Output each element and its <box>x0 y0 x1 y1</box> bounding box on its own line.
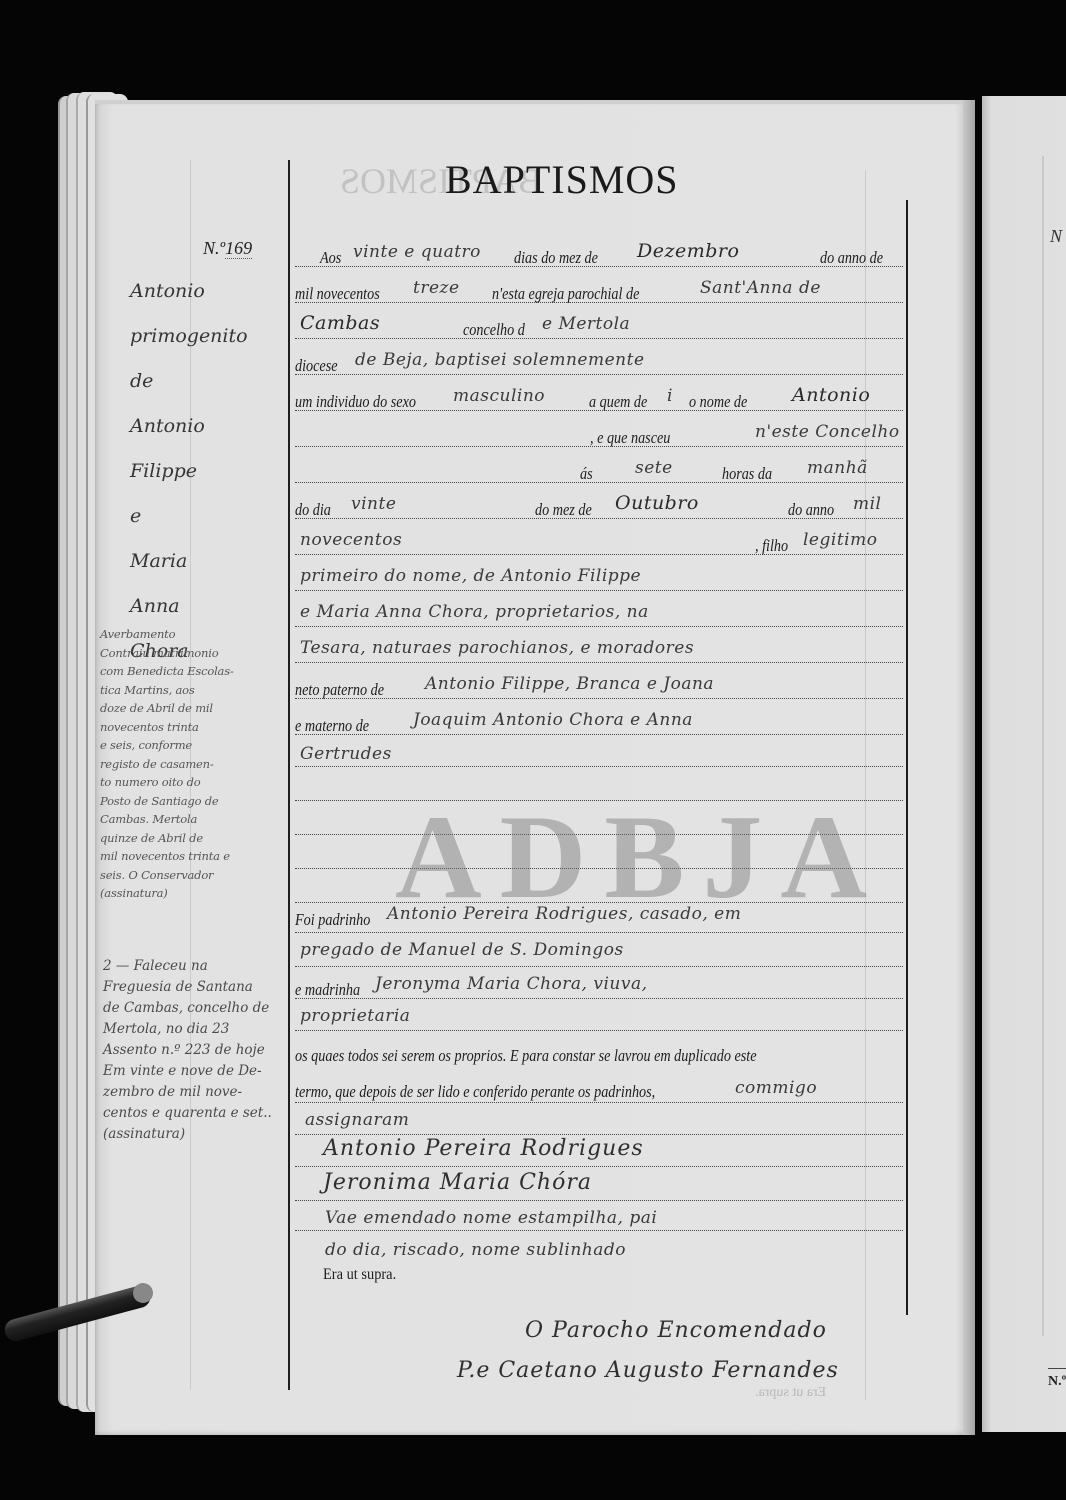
annotation-line-2: do dia, riscado, nome sublinhado <box>325 1240 626 1260</box>
field-month: Dezembro <box>637 240 739 262</box>
field-sex: masculino <box>453 386 545 406</box>
annotation-line-1: Vae emendado nome estampilha, pai <box>325 1208 657 1228</box>
label-do-anno-de: do anno de <box>820 248 883 268</box>
field-parents-2: e Maria Anna Chora, proprietarios, na <box>300 602 649 622</box>
form-rule <box>295 554 903 555</box>
signature-godfather: Antonio Pereira Rodrigues <box>323 1136 644 1161</box>
label-neto-paterno: neto paterno de <box>295 680 384 700</box>
margin-line: centos e quarenta e set.. <box>103 1105 272 1121</box>
label-as: ás <box>580 464 593 484</box>
margin-line: Em vinte e nove de De- <box>103 1063 262 1079</box>
label-concelho: concelho d <box>463 320 525 340</box>
margin-line: quinze de Abril de <box>100 831 203 845</box>
field-godmother: Jeronyma Maria Chora, viuva, <box>375 974 648 994</box>
form-rule <box>295 698 903 699</box>
form-rule <box>295 1134 903 1135</box>
margin-line: doze de Abril de mil <box>100 701 213 715</box>
field-year: treze <box>413 278 460 298</box>
field-municipality: e Mertola <box>542 314 630 334</box>
field-parents-3: Tesara, naturaes parochianos, e moradore… <box>300 638 694 658</box>
margin-line: registo de casamen- <box>100 757 214 771</box>
field-parish: Sant'Anna de <box>700 278 821 298</box>
label-termo: termo, que depois de ser lido e conferid… <box>295 1082 655 1102</box>
register-title: BAPTISMOS <box>445 156 679 203</box>
field-quem-de: i <box>667 386 673 406</box>
margin-line: com Benedicta Escolas- <box>100 664 234 678</box>
field-godfather-cont: pregado de Manuel de S. Domingos <box>300 940 624 960</box>
form-rule <box>295 766 903 767</box>
label-filho: , filho <box>755 536 788 556</box>
form-rule <box>295 374 903 375</box>
field-maternal-cont: Gertrudes <box>300 744 392 764</box>
form-rule <box>295 1102 903 1103</box>
field-birth-day: vinte <box>351 494 396 514</box>
field-signers-intro: commigo <box>735 1078 817 1098</box>
margin-line: Maria <box>130 550 187 572</box>
label-do-anno: do anno <box>788 500 834 520</box>
margin-line: Filippe <box>130 460 197 482</box>
margin-rule <box>288 160 290 1390</box>
field-maternal: Joaquim Antonio Chora e Anna <box>413 710 693 730</box>
label-sexo: um individuo do sexo <box>295 392 416 412</box>
field-birth-year-b: novecentos <box>300 530 402 550</box>
margin-line: Assento n.º 223 de hoje <box>103 1042 265 1058</box>
margin-line: (assinatura) <box>100 886 168 900</box>
register-page: BAPTISMOS BAPTISMOS N.º169 Antonioprimog… <box>95 100 975 1435</box>
margin-line: mil novecentos trinta e <box>100 849 230 863</box>
label-diocese: diocese <box>295 356 338 376</box>
label-mil-novecentos: mil novecentos <box>295 284 380 304</box>
field-godfather: Antonio Pereira Rodrigues, casado, em <box>387 904 741 924</box>
margin-line: Cambas. Mertola <box>100 812 197 826</box>
margin-line: Anna <box>130 595 180 617</box>
field-filho: legitimo <box>803 530 877 550</box>
field-godmother-cont: proprietaria <box>300 1006 410 1026</box>
field-parish-cont: Cambas <box>300 312 380 334</box>
label-madrinha: e madrinha <box>295 980 360 1000</box>
label-do-dia: do dia <box>295 500 331 520</box>
margin-line: primogenito <box>130 325 248 347</box>
label-do-mez-de: do mez de <box>535 500 592 520</box>
adjacent-page-number-label: N.º <box>1048 1374 1066 1390</box>
label-dias-do-mez: dias do mez de <box>514 248 598 268</box>
field-name: Antonio <box>792 384 870 406</box>
label-horas-da: horas da <box>722 464 772 484</box>
label-padrinho: Foi padrinho <box>295 910 370 930</box>
form-rule <box>295 338 903 339</box>
label-quem-de: a quem de <box>589 392 647 412</box>
form-rule <box>295 482 903 483</box>
field-birth-month: Outubro <box>615 492 699 514</box>
form-rule <box>295 1200 903 1201</box>
margin-line: 2 — Faleceu na <box>103 958 208 974</box>
margin-line: novecentos trinta <box>100 720 199 734</box>
field-birth-year-a: mil <box>853 494 882 514</box>
margin-line: Antonio <box>130 280 205 302</box>
margin-line: e <box>130 505 141 527</box>
label-materno: e materno de <box>295 716 369 736</box>
margin-line: de <box>130 370 153 392</box>
margin-line: tica Martins, aos <box>100 683 195 697</box>
label-quaes: os quaes todos sei serem os proprios. E … <box>295 1046 757 1066</box>
margin-line: zembro de mil nove- <box>103 1084 242 1100</box>
field-period: manhã <box>807 458 868 478</box>
margin-line: Antonio <box>130 415 205 437</box>
form-rule <box>295 662 903 663</box>
form-rule <box>295 266 903 267</box>
margin-line: (assinatura) <box>103 1126 185 1142</box>
signature-priest-name: P.e Caetano Augusto Fernandes <box>457 1358 839 1383</box>
field-hour: sete <box>635 458 673 478</box>
form-rule <box>295 932 903 933</box>
margin-line: e seis, conforme <box>100 738 192 752</box>
adjacent-page: N N.º <box>982 96 1066 1432</box>
field-signers-intro-cont: assignaram <box>305 1110 409 1130</box>
bleed-through-era: Era ut supra. <box>755 1385 826 1401</box>
adjacent-page-mark: N <box>1050 226 1062 247</box>
label-nasceu: , e que nasceu <box>590 428 670 448</box>
signature-parocho: O Parocho Encomendado <box>525 1318 827 1343</box>
signature-godmother: Jeronima Maria Chóra <box>323 1170 592 1195</box>
field-parents-1: primeiro do nome, de Antonio Filippe <box>300 566 641 586</box>
entry-number: N.º169 <box>203 238 252 259</box>
margin-line: Mertola, no dia 23 <box>103 1021 229 1037</box>
form-rule <box>295 626 903 627</box>
field-day: vinte e quatro <box>353 242 481 262</box>
form-rule <box>295 1030 903 1031</box>
form-rule <box>295 734 903 735</box>
margin-line: Posto de Santiago de <box>100 794 219 808</box>
label-nome-de: o nome de <box>689 392 747 412</box>
right-rule <box>906 200 908 1315</box>
margin-line: seis. O Conservador <box>100 868 213 882</box>
form-rule <box>295 1230 903 1231</box>
field-diocese: de Beja, baptisei solemnemente <box>355 350 645 370</box>
form-rule <box>295 590 903 591</box>
margin-line: Contraiu matrimonio <box>100 646 218 660</box>
margin-line: Freguesia de Santana <box>103 979 253 995</box>
margin-line: to numero oito do <box>100 775 201 789</box>
era-ut-supra: Era ut supra. <box>323 1266 396 1284</box>
form-rule <box>295 998 903 999</box>
field-paternal: Antonio Filippe, Branca e Joana <box>425 674 714 694</box>
form-rule <box>295 966 903 967</box>
margin-line: de Cambas, concelho de <box>103 1000 269 1016</box>
form-rule <box>295 1166 903 1167</box>
field-birthplace: n'este Concelho <box>755 422 900 442</box>
margin-line: Averbamento <box>100 627 175 641</box>
label-aos: Aos <box>320 248 341 268</box>
label-egreja: n'esta egreja parochial de <box>492 284 639 304</box>
